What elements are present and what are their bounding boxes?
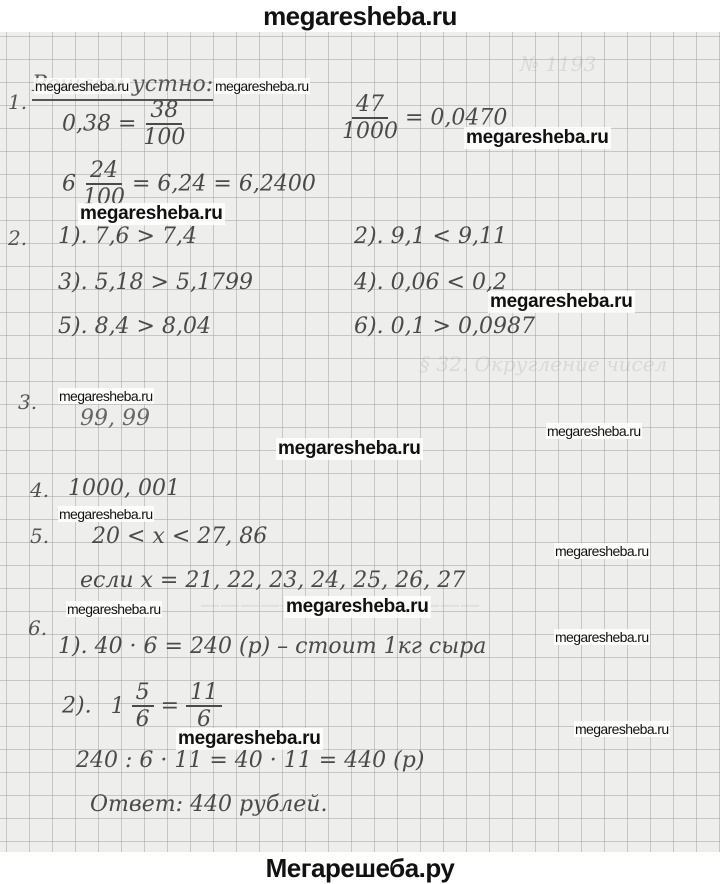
watermark-bold: megaresheba.ru xyxy=(276,438,423,460)
fraction-11-6: 11 6 xyxy=(186,682,222,731)
task-1-label: 1. xyxy=(8,90,27,114)
watermark-small: megaresheba.ru xyxy=(58,506,154,522)
task-6-answer: Ответ: 440 рублей. xyxy=(90,792,327,817)
watermark-small: megaresheba.ru xyxy=(66,601,162,617)
fraction-47-1000: 47 1000 xyxy=(342,94,398,143)
fraction-38-100: 38 100 xyxy=(143,100,185,149)
task-6-step-2: 2). 1 5 6 = 11 6 xyxy=(62,682,222,731)
watermark-bold: megaresheba.ru xyxy=(464,127,611,149)
task-4-answer: 1000, 001 xyxy=(68,476,180,501)
task-2-item-6: 6). 0,1 > 0,0987 xyxy=(354,314,535,339)
header-site-name: megaresheba.ru xyxy=(263,1,457,31)
task-5-solution: если x = 21, 22, 23, 24, 25, 26, 27 xyxy=(80,568,465,593)
task-1-eq1: 0,38 = 38 100 xyxy=(62,100,185,149)
site-footer: Мегарешеба.ру xyxy=(0,852,720,884)
task-5-label: 5. xyxy=(30,524,49,548)
task-2-item-1: 1). 7,6 > 7,4 xyxy=(58,224,197,249)
site-header: megaresheba.ru xyxy=(0,0,720,32)
bleed-through-text: § 32. Округление чисел xyxy=(420,352,667,376)
watermark-small: megaresheba.ru xyxy=(554,629,650,645)
task-1-eq3: 6 24 100 = 6,24 = 6,2400 xyxy=(62,160,316,209)
bleed-through-text: № 1193 xyxy=(520,52,596,76)
watermark-bold: megaresheba.ru xyxy=(488,291,635,313)
task-2-item-5: 5). 8,4 > 8,04 xyxy=(58,314,211,339)
task-3-answer: 99, 99 xyxy=(80,406,150,431)
watermark-small: megaresheba.ru xyxy=(214,78,310,94)
task-6-step-1: 1). 40 · 6 = 240 (р) – стоит 1кг сыра xyxy=(58,634,486,659)
task-5-inequality: 20 < x < 27, 86 xyxy=(92,524,267,549)
task-2-item-4: 4). 0,06 < 0,2 xyxy=(354,270,507,295)
fraction-24-100: 24 100 xyxy=(83,160,125,209)
watermark-small: megaresheba.ru xyxy=(34,78,130,94)
watermark-small: megaresheba.ru xyxy=(574,721,670,737)
task-6-calculation: 240 : 6 · 11 = 40 · 11 = 440 (р) xyxy=(76,748,424,773)
watermark-small: megaresheba.ru xyxy=(58,388,154,404)
watermark-small: megaresheba.ru xyxy=(546,423,642,439)
fraction-5-6: 5 6 xyxy=(132,682,154,731)
notebook-page: № 1193 § 32. Округление чисел ——————————… xyxy=(0,32,720,852)
watermark-bold: megaresheba.ru xyxy=(176,728,323,750)
task-2-label: 2. xyxy=(8,226,27,250)
task-3-label: 3. xyxy=(18,390,37,414)
watermark-small: megaresheba.ru xyxy=(554,543,650,559)
watermark-bold: megaresheba.ru xyxy=(284,596,431,618)
task-2-item-3: 3). 5,18 > 5,1799 xyxy=(58,270,253,295)
eq1-left: 0,38 = xyxy=(62,112,136,137)
task-2-item-2: 2). 9,1 < 9,11 xyxy=(354,224,507,249)
task-4-label: 4. xyxy=(30,478,49,502)
footer-site-name: Мегарешеба.ру xyxy=(266,853,455,883)
watermark-bold: megaresheba.ru xyxy=(78,203,225,225)
task-6-label: 6. xyxy=(28,616,47,640)
